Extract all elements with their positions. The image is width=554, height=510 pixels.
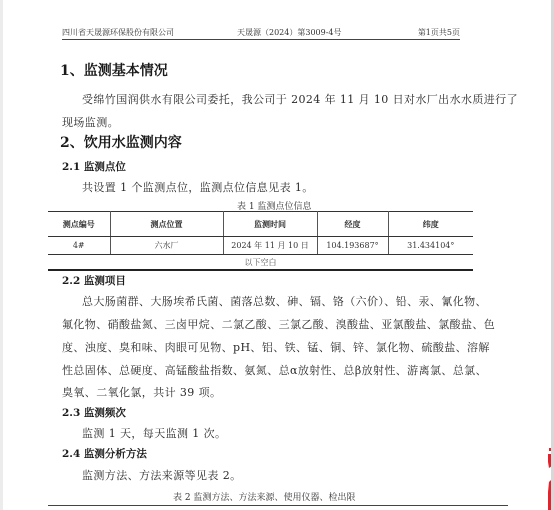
section-1-title: 1、监测基本情况 — [60, 60, 168, 80]
monitoring-items-line-5: 臭氧、二氧化氯，共计 39 项。 — [62, 384, 221, 400]
subsection-2-1-title: 2.1 监测点位 — [62, 159, 126, 174]
monitoring-items-line-4: 性总固体、总硬度、高锰酸盐指数、氨氮、总α放射性、总β放射性、游离氯、总氯、 — [62, 362, 487, 378]
cell-point-id: 4# — [48, 237, 110, 255]
cell-time: 2024 年 11 月 10 日 — [223, 237, 317, 255]
section-1-paragraph-line-2: 现场监测。 — [62, 114, 119, 130]
col-header-longitude: 经度 — [317, 212, 388, 237]
col-header-location: 测点位置 — [110, 212, 223, 237]
subsection-2-1-paragraph: 共设置 1 个监测点位，监测点位信息见表 1。 — [82, 179, 314, 195]
table-2-top-rule — [48, 505, 508, 506]
subsection-2-4-title: 2.4 监测分析方法 — [62, 446, 147, 461]
monitoring-items-line-1: 总大肠菌群、大肠埃希氏菌、菌落总数、砷、镉、铬（六价）、铅、汞、氰化物、 — [82, 293, 487, 309]
document-page: 四川省天晟源环保股份有限公司 天晟源（2024）第3009-4号 第1页共5页 … — [3, 0, 551, 510]
table-2-caption: 表 2 监测方法、方法来源、使用仪器、检出限 — [173, 490, 355, 503]
table-row: 4# 六水厂 2024 年 11 月 10 日 104.193687° 31.4… — [48, 237, 473, 255]
table-header-row: 测点编号 测点位置 监测时间 经度 纬度 — [48, 212, 473, 237]
subsection-2-3-title: 2.3 监测频次 — [62, 405, 126, 420]
section-1-paragraph-line-1: 受绵竹国润供水有限公司委托，我公司于 2024 年 11 月 10 日对水厂出水… — [82, 91, 518, 107]
cell-location: 六水厂 — [110, 237, 223, 255]
page-header: 四川省天晟源环保股份有限公司 天晟源（2024）第3009-4号 第1页共5页 — [62, 25, 460, 40]
header-report-number: 天晟源（2024）第3009-4号 — [237, 27, 342, 38]
cell-latitude: 31.434104° — [388, 237, 473, 255]
subsection-2-3-paragraph: 监测 1 天，每天监测 1 次。 — [82, 425, 226, 441]
col-header-time: 监测时间 — [223, 212, 317, 237]
subsection-2-2-title: 2.2 监测项目 — [62, 273, 126, 288]
header-company: 四川省天晟源环保股份有限公司 — [62, 27, 174, 38]
header-page-number: 第1页共5页 — [418, 27, 460, 38]
cell-longitude: 104.193687° — [317, 237, 388, 255]
section-2-title: 2、饮用水监测内容 — [60, 132, 182, 152]
table-footer-row: 以下空白 — [48, 255, 473, 271]
monitoring-items-line-3: 度、浊度、臭和味、肉眼可见物、pH、铝、铁、锰、铜、锌、氯化物、硫酸盐、溶解 — [62, 339, 490, 355]
monitoring-points-table: 测点编号 测点位置 监测时间 经度 纬度 4# 六水厂 2024 年 11 月 … — [48, 211, 473, 271]
col-header-latitude: 纬度 — [388, 212, 473, 237]
subsection-2-4-paragraph: 监测方法、方法来源等见表 2。 — [82, 467, 242, 483]
col-header-point-id: 测点编号 — [48, 212, 110, 237]
blank-below-note: 以下空白 — [48, 255, 473, 271]
monitoring-items-line-2: 氟化物、硝酸盐氮、三卤甲烷、二氯乙酸、三氯乙酸、溴酸盐、亚氯酸盐、氯酸盐、色 — [62, 316, 495, 332]
